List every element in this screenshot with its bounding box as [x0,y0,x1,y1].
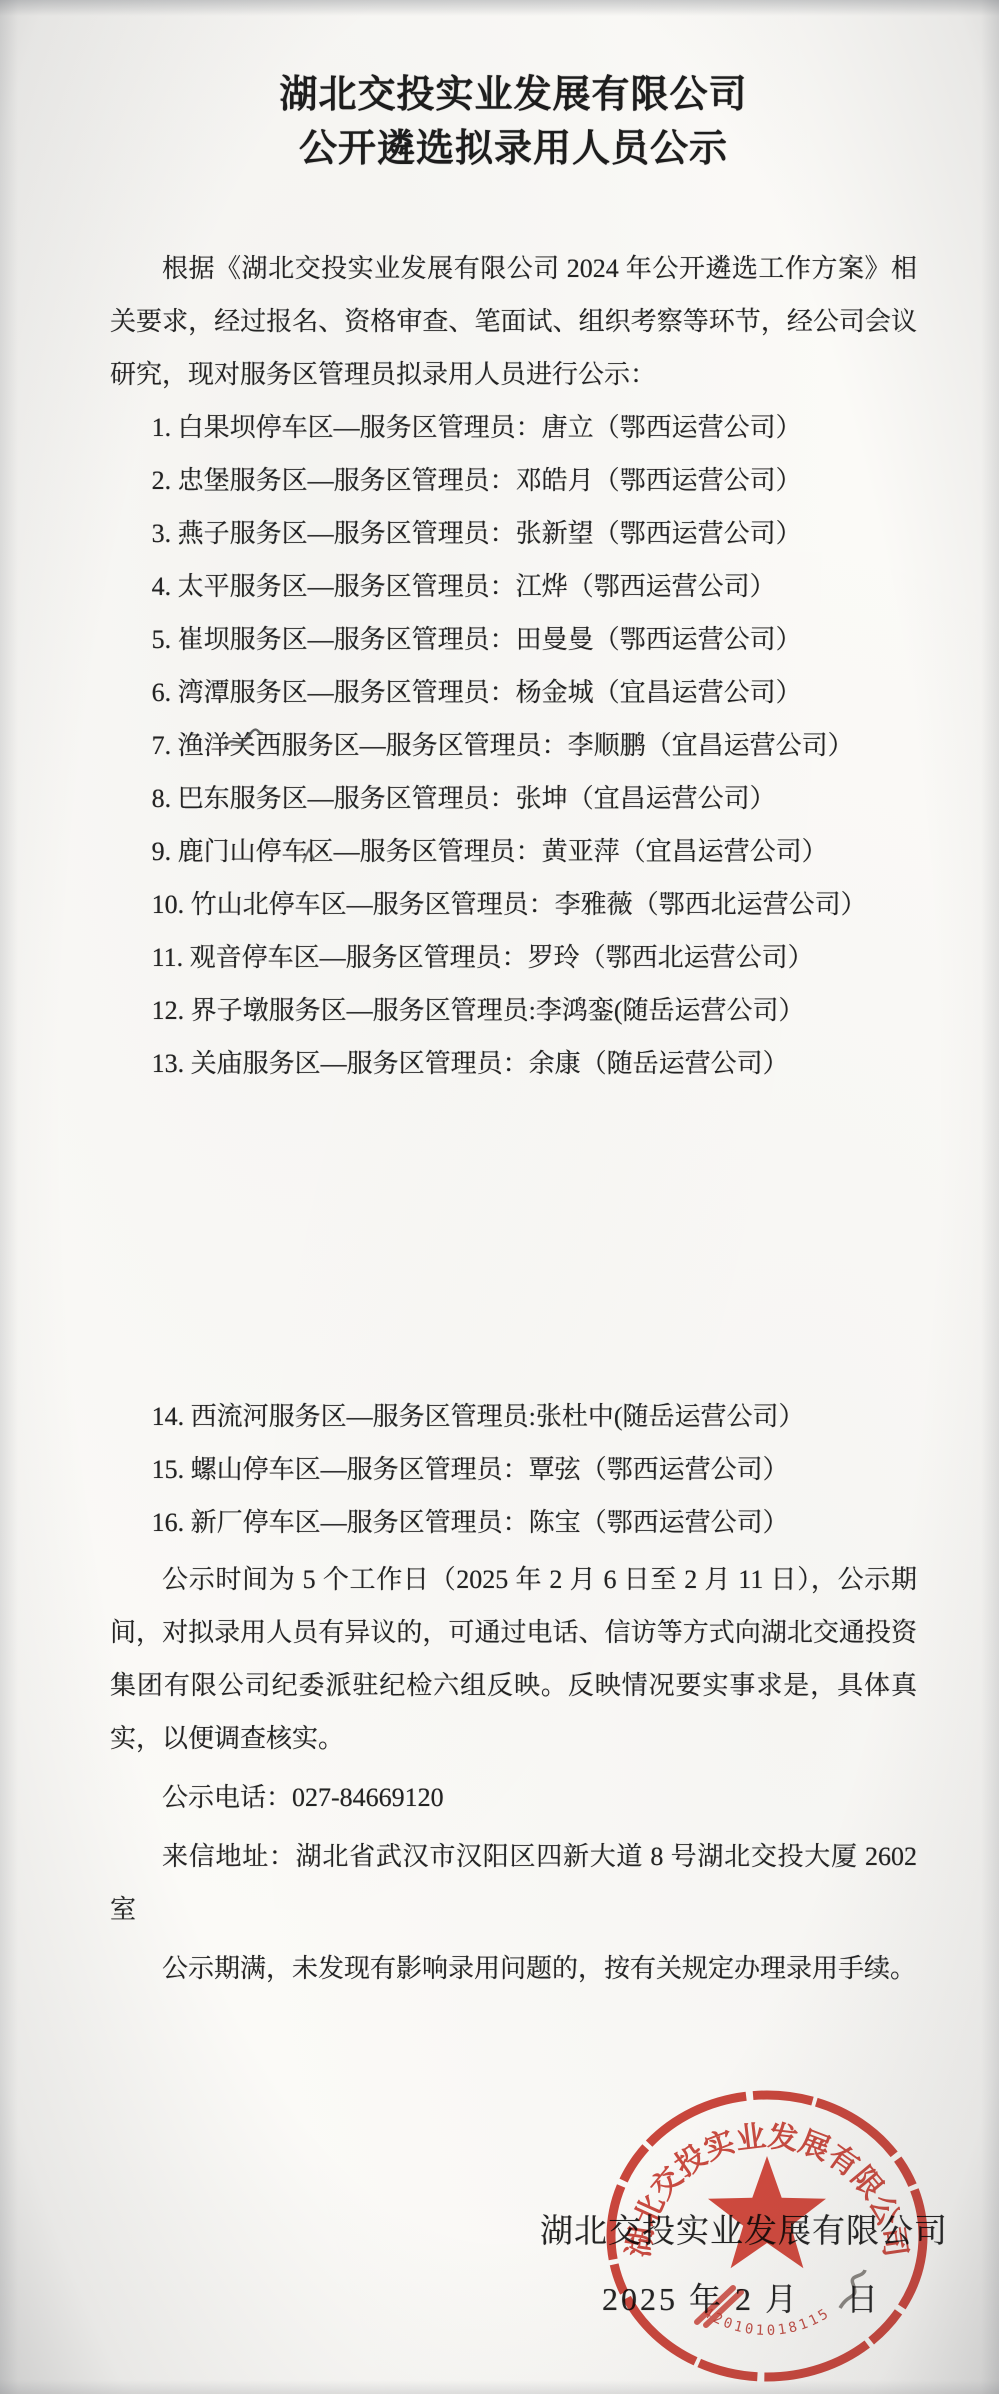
intro-paragraph: 根据《湖北交投实业发展有限公司 2024 年公开遴选工作方案》相关要求，经过报名… [110,242,917,401]
roster-item: 2. 忠堡服务区—服务区管理员：邓皓月（鄂西运营公司） [110,454,917,507]
title-line-1: 湖北交投实业发展有限公司 [110,68,917,122]
roster-item: 10. 竹山北停车区—服务区管理员：李雅薇（鄂西北运营公司） [110,878,917,931]
signature-company: 湖北交投实业发展有限公司 [540,2212,969,2252]
announcement-document: 湖北交投实业发展有限公司 公开遴选拟录用人员公示 根据《湖北交投实业发展有限公司… [0,0,999,1995]
roster-item: 7. 渔洋关西服务区—服务区管理员：李顺鹏（宜昌运营公司） [110,719,917,772]
notice-paragraph: 公示时间为 5 个工作日（2025 年 2 月 6 日至 2 月 11 日），公… [110,1553,917,1765]
phone-line: 公示电话：027-84669120 [110,1771,917,1824]
roster-item: 11. 观音停车区—服务区管理员：罗玲（鄂西北运营公司） [110,931,917,984]
roster-item: 8. 巴东服务区—服务区管理员：张坤（宜昌运营公司） [110,772,917,825]
roster-item: 1. 白果坝停车区—服务区管理员：唐立（鄂西运营公司） [110,401,917,454]
document-title: 湖北交投实业发展有限公司 公开遴选拟录用人员公示 [110,68,917,176]
roster-item: 9. 鹿门山停车区—服务区管理员：黄亚萍（宜昌运营公司） [110,825,917,878]
signature-block: 湖北交投实业发展有限公司 2025 年 2 月 日 [540,2212,969,2320]
address-line: 来信地址：湖北省武汉市汉阳区四新大道 8 号湖北交投大厦 2602 室 [110,1830,917,1936]
title-line-2: 公开遴选拟录用人员公示 [110,122,917,176]
roster-item: 14. 西流河服务区—服务区管理员:张杜中(随岳运营公司） [110,1390,917,1443]
roster-list-part2: 14. 西流河服务区—服务区管理员:张杜中(随岳运营公司）15. 螺山停车区—服… [110,1390,917,1549]
roster-item: 12. 界子墩服务区—服务区管理员:李鸿銮(随岳运营公司） [110,984,917,1037]
roster-item: 3. 燕子服务区—服务区管理员：张新望（鄂西运营公司） [110,507,917,560]
roster-item: 4. 太平服务区—服务区管理员：江烨（鄂西运营公司） [110,560,917,613]
roster-item: 16. 新厂停车区—服务区管理员：陈宝（鄂西运营公司） [110,1496,917,1549]
roster-list-part1: 1. 白果坝停车区—服务区管理员：唐立（鄂西运营公司）2. 忠堡服务区—服务区管… [110,401,917,1090]
roster-item: 13. 关庙服务区—服务区管理员：余康（随岳运营公司） [110,1037,917,1090]
roster-item: 5. 崔坝服务区—服务区管理员：田曼曼（鄂西运营公司） [110,613,917,666]
signature-date: 2025 年 2 月 日 [540,2274,969,2320]
roster-item: 15. 螺山停车区—服务区管理员：覃弦（鄂西运营公司） [110,1443,917,1496]
document-photo: 湖北交投实业发展有限公司 公开遴选拟录用人员公示 根据《湖北交投实业发展有限公司… [0,0,999,2394]
page-break-gap [110,1090,917,1390]
closing-paragraph: 公示期满，未发现有影响录用问题的，按有关规定办理录用手续。 [110,1942,917,1995]
roster-item: 6. 湾潭服务区—服务区管理员：杨金城（宜昌运营公司） [110,666,917,719]
